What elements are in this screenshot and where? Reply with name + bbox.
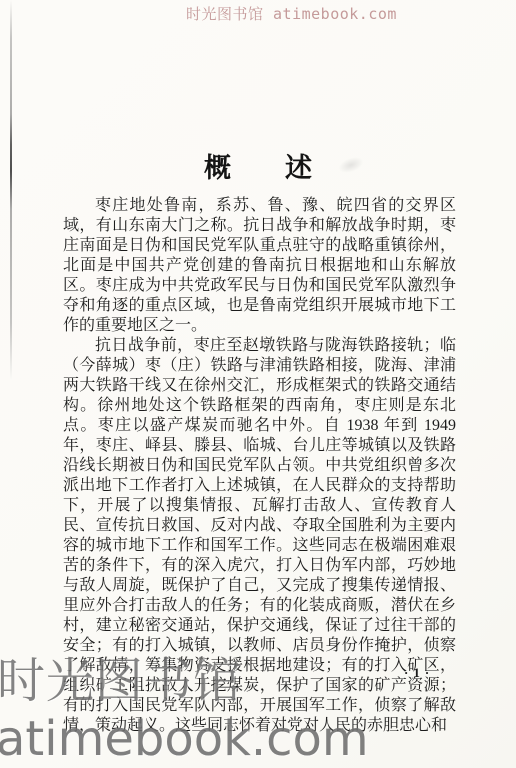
chapter-title: 概 述	[0, 146, 516, 185]
body-paragraph-1: 枣庄地处鲁南，系苏、鲁、豫、皖四省的交界区域，有山东南大门之称。抗日战争和解放战…	[63, 196, 456, 336]
scan-edge-line	[10, 0, 12, 380]
watermark-top: 时光图书馆 atimebook.com	[186, 5, 397, 23]
book-page: 时光图书馆 atimebook.com 概 述 枣庄地处鲁南，系苏、鲁、豫、皖四…	[0, 0, 516, 768]
watermark-bottom-domain: atimebook.com	[0, 712, 369, 766]
watermark-bottom-cn: 时光图书馆	[0, 655, 242, 707]
page-number: ·1·	[404, 665, 434, 681]
